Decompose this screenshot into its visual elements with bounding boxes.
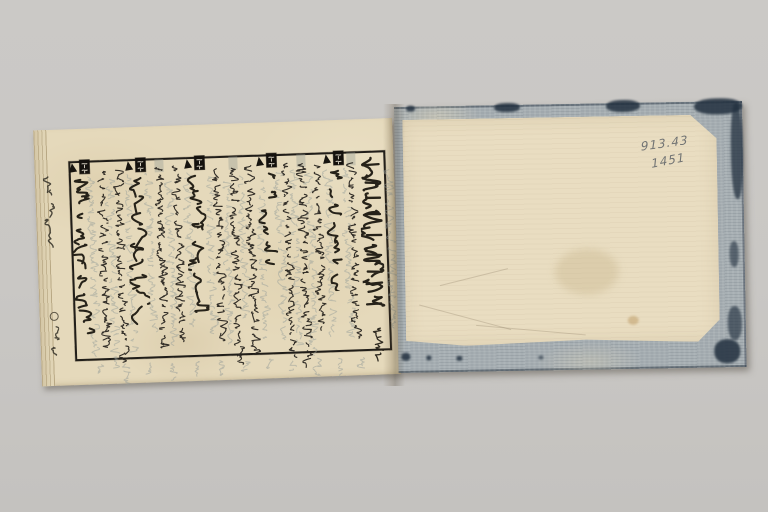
toc-entry-column: 十八丁たいたうこんりうの事 [69,160,96,355]
stitch-hole-dot [456,356,462,361]
entry-marker-row: 一丁 [323,151,344,167]
calligraphy-strokes [70,175,96,351]
pencil-call-number: 913.43 1451 [641,137,689,167]
toc-entry-column: 六丁あしずりの事 [256,153,280,281]
annotation-column [95,167,113,358]
folio-number-box: 一丁 [333,151,343,165]
stitch-hole-dot [401,353,410,361]
folio-box-glyphs [194,157,204,171]
toc-title-column: 平家物語巻第三目録五十九丁 [358,152,387,367]
calligraphy-strokes [153,163,171,358]
calligraphy-strokes [227,163,245,373]
indigo-edge-streak [728,306,743,340]
folio-box-glyphs [266,154,276,168]
folio-box-glyphs [79,161,89,175]
annotation-column [153,163,171,362]
annotation-column [211,164,228,347]
toc-entry-column: 十四丁くぎやうぞろへの事 [125,158,151,337]
calligraphy-strokes [185,171,210,314]
indigo-corner-patch [714,339,740,363]
calligraphy-strokes [358,152,386,317]
folio-box-glyphs [135,159,145,173]
entry-marker-row: 十丁 [184,156,205,172]
entry-marker-row: 十八丁 [69,160,90,176]
right-page-back-cover: 913.43 1451 [394,101,747,373]
entry-marker-row: 十四丁 [125,158,146,174]
calligraphy-strokes [211,164,228,343]
pastedown-paper: 913.43 1451 [402,114,720,346]
indigo-edge-streak [729,241,738,267]
calligraphy-strokes [372,323,385,366]
calligraphy-strokes [324,166,348,292]
triangle-marker-icon [124,161,133,171]
folio-number-box: 十八丁 [79,160,89,174]
folio-number-box: 十丁 [194,156,204,170]
indigo-blotch [606,100,640,113]
triangle-marker-icon [322,154,331,164]
calligraphy-strokes [95,167,113,354]
calligraphy-strokes [126,173,152,333]
stitch-hole-dot [538,355,543,359]
stitch-hole-dot [426,355,431,360]
indigo-blotch [406,106,415,112]
triangle-marker-icon [68,163,77,173]
folio-box-glyphs [333,152,343,166]
annotation-column [227,163,245,377]
triangle-marker-icon [255,156,264,166]
left-page-toc: 平家 巻三 目録 一 平家物語巻第三目録五十九丁一丁ゆるしぶみの事六丁あしずりの… [33,118,401,386]
indigo-edge-streak [730,103,744,199]
calligraphy-strokes [257,168,281,277]
book-photograph: 平家 巻三 目録 一 平家物語巻第三目録五十九丁一丁ゆるしぶみの事六丁あしずりの… [0,0,768,512]
entry-marker-row: 六丁 [256,153,277,169]
triangle-marker-icon [183,159,192,169]
toc-entry-column: 十丁ごさんのまきの事 [184,156,210,318]
toc-columns: 平家物語巻第三目録五十九丁一丁ゆるしぶみの事六丁あしずりの事十丁ごさんのまきの事… [33,118,401,386]
folio-number-box: 十四丁 [135,158,145,172]
indigo-blotch [494,103,520,112]
folio-number-box: 六丁 [266,153,276,167]
